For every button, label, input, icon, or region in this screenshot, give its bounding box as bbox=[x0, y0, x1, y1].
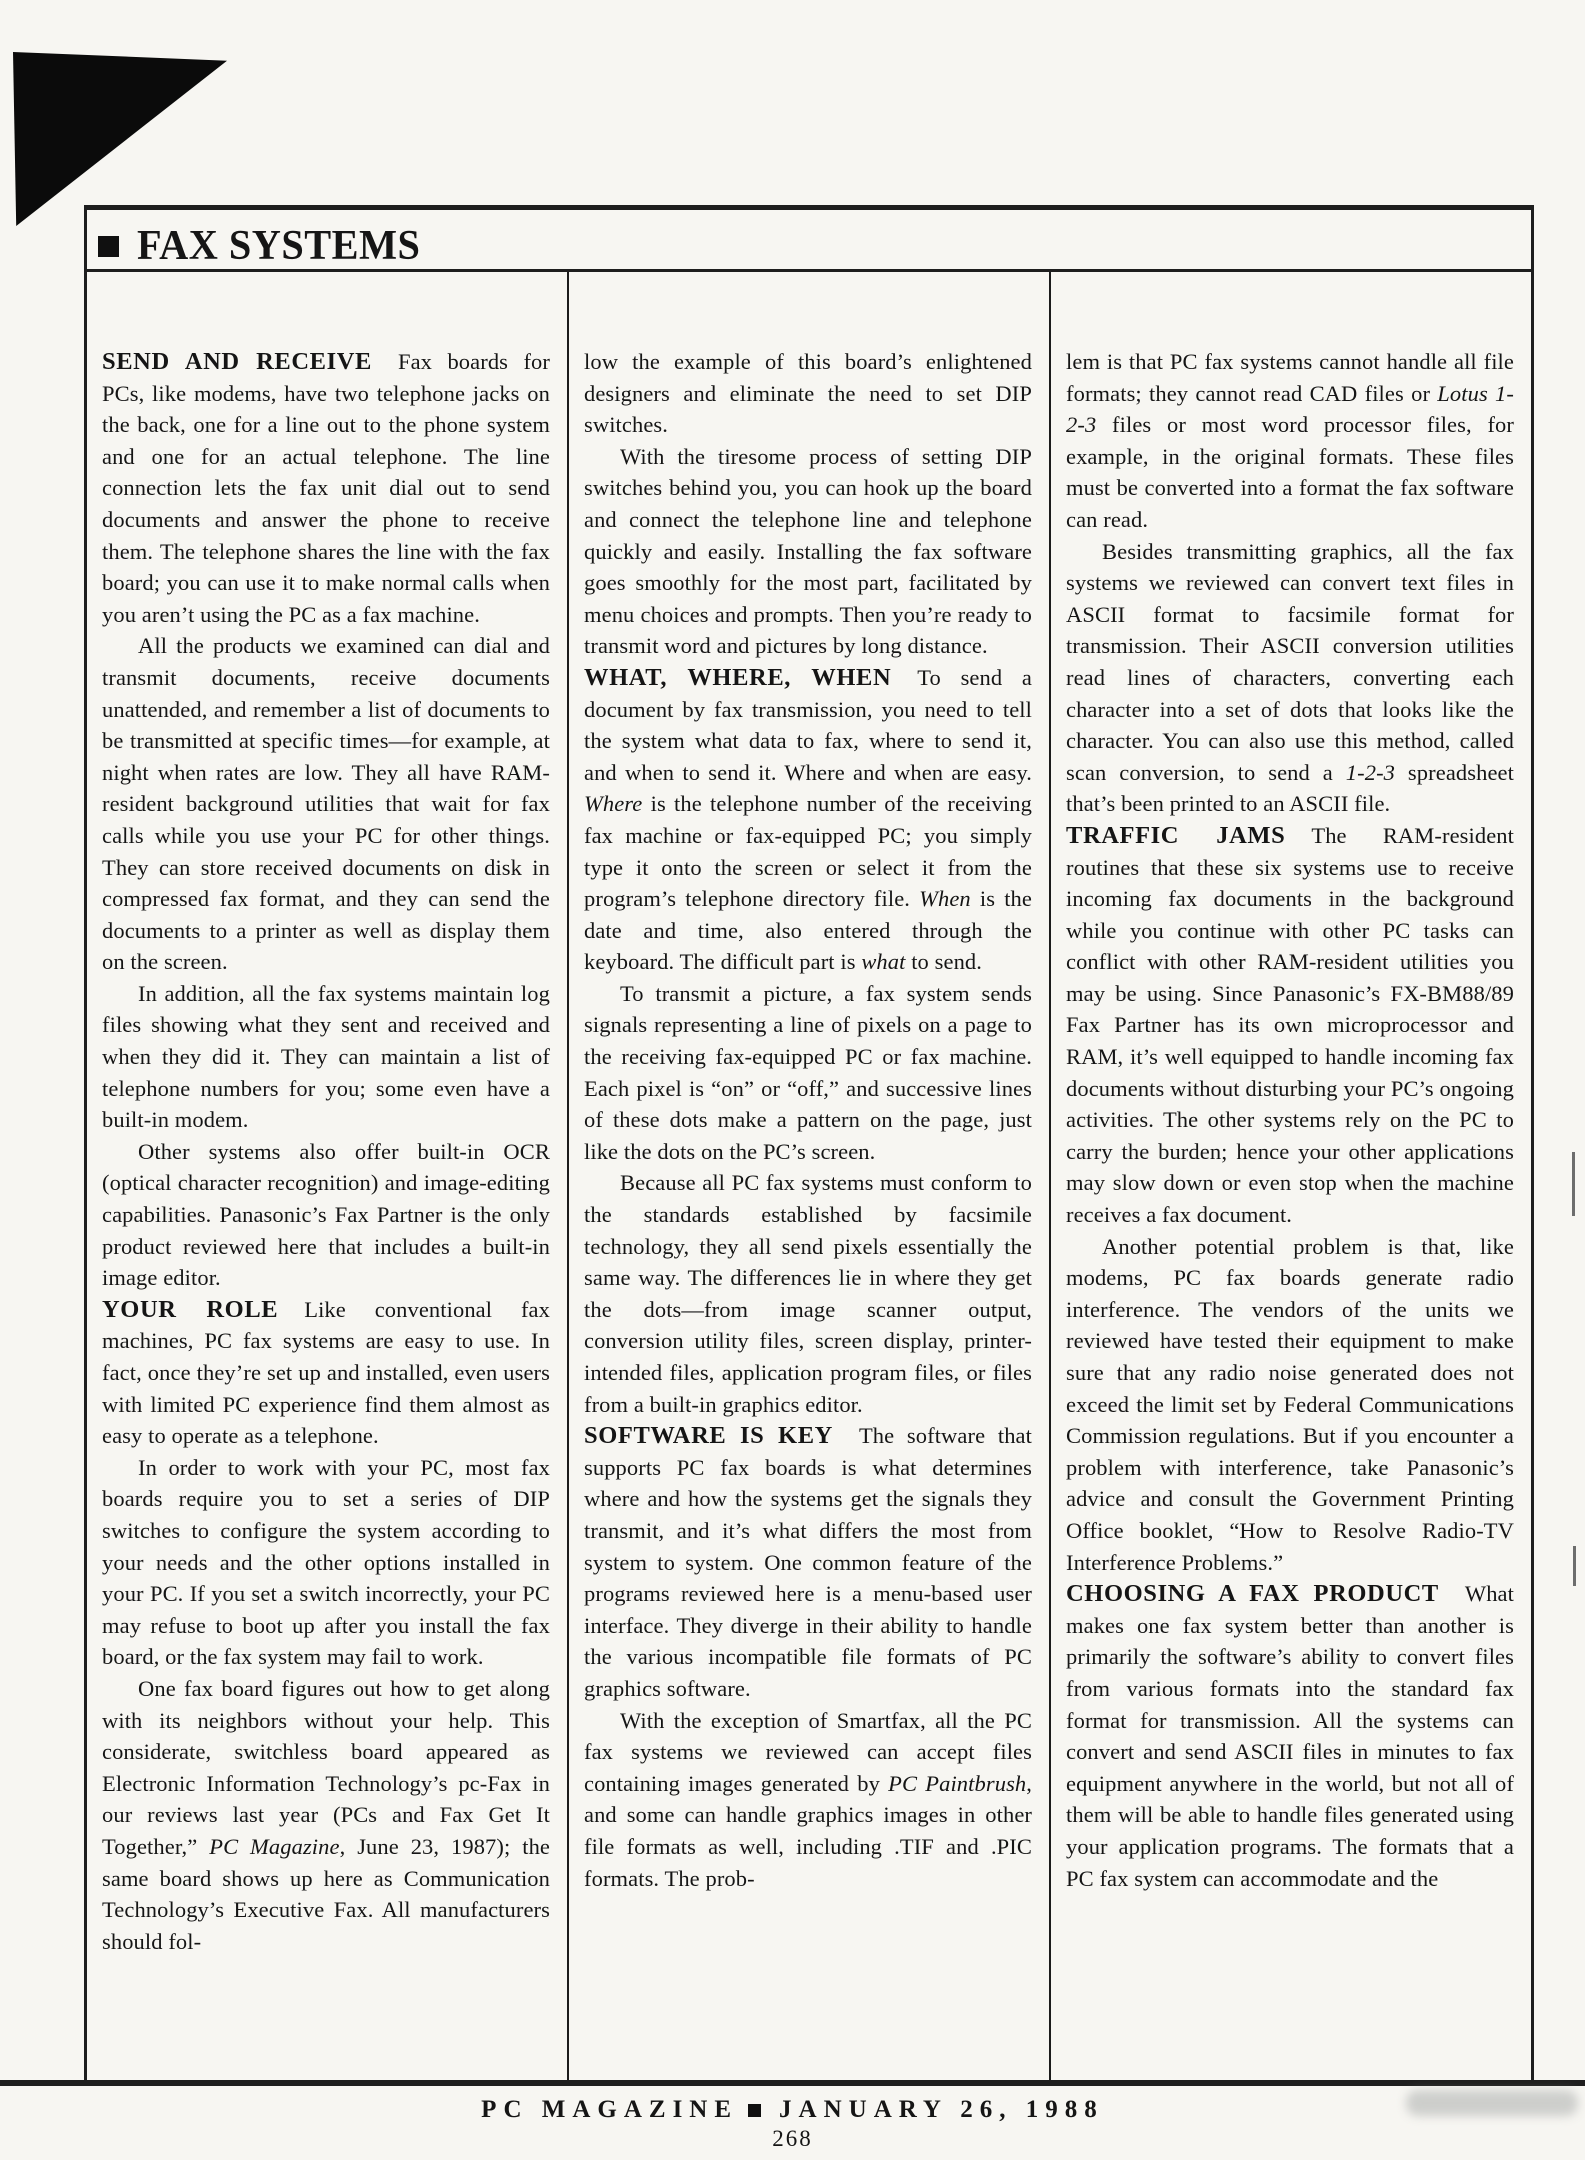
page-corner-triangle-icon bbox=[13, 52, 227, 226]
section-paragraph: SOFTWARE IS KEYThe software that support… bbox=[584, 1420, 1032, 1704]
paragraph-text: What makes one fax system better than an… bbox=[1066, 1581, 1514, 1890]
paragraph: In order to work with your PC, most fax … bbox=[102, 1452, 550, 1673]
section-paragraph: TRAFFIC JAMSThe RAM-resident routines th… bbox=[1066, 820, 1514, 1231]
section-heading: WHAT, WHERE, WHEN bbox=[584, 664, 917, 691]
paragraph: All the products we examined can dial an… bbox=[102, 630, 550, 978]
page-number: 268 bbox=[0, 2126, 1585, 2152]
article-column-1: SEND AND RECEIVEFax boards for PCs, like… bbox=[87, 272, 567, 2080]
footer-rule bbox=[0, 2080, 1585, 2086]
paragraph: One fax board figures out how to get alo… bbox=[102, 1673, 550, 1957]
article-column-3: lem is that PC fax systems cannot handle… bbox=[1051, 272, 1531, 2080]
section-heading: SOFTWARE IS KEY bbox=[584, 1422, 859, 1449]
paragraph-text: To send a document by fax transmission, … bbox=[584, 665, 1032, 974]
page-footer: PC MAGAZINEJANUARY 26, 1988 bbox=[0, 2096, 1585, 2124]
square-bullet-icon bbox=[98, 236, 119, 257]
paragraph: In addition, all the fax systems maintai… bbox=[102, 978, 550, 1136]
section-paragraph: CHOOSING A FAX PRODUCTWhat makes one fax… bbox=[1066, 1578, 1514, 1894]
scan-artifact bbox=[1573, 1546, 1576, 1586]
section-heading: CHOOSING A FAX PRODUCT bbox=[1066, 1580, 1465, 1607]
scan-artifact bbox=[1406, 2090, 1578, 2116]
paragraph: Another potential problem is that, like … bbox=[1066, 1231, 1514, 1579]
section-paragraph: WHAT, WHERE, WHENTo send a document by f… bbox=[584, 662, 1032, 978]
paragraph: To transmit a picture, a fax system send… bbox=[584, 978, 1032, 1168]
paragraph: lem is that PC fax systems cannot handle… bbox=[1066, 346, 1514, 536]
section-heading: SEND AND RECEIVE bbox=[102, 348, 398, 375]
scan-artifact bbox=[1572, 1152, 1575, 1216]
article-body: SEND AND RECEIVEFax boards for PCs, like… bbox=[87, 272, 1531, 2080]
section-paragraph: SEND AND RECEIVEFax boards for PCs, like… bbox=[102, 346, 550, 630]
page-right-border bbox=[1531, 205, 1534, 2082]
footer-date: JANUARY 26, 1988 bbox=[779, 2096, 1104, 2123]
paragraph: With the exception of Smartfax, all the … bbox=[584, 1705, 1032, 1895]
paragraph: Besides transmitting graphics, all the f… bbox=[1066, 536, 1514, 820]
footer-magazine-name: PC MAGAZINE bbox=[481, 2096, 738, 2123]
paragraph: low the example of this board’s enlighte… bbox=[584, 346, 1032, 441]
section-paragraph: YOUR ROLELike conventional fax machines,… bbox=[102, 1294, 550, 1452]
article-column-2: low the example of this board’s enlighte… bbox=[569, 272, 1049, 2080]
paragraph-text: The software that supports PC fax boards… bbox=[584, 1423, 1032, 1701]
paragraph: Because all PC fax systems must conform … bbox=[584, 1167, 1032, 1420]
paragraph: With the tiresome process of setting DIP… bbox=[584, 441, 1032, 662]
section-title: FAX SYSTEMS bbox=[137, 222, 420, 270]
footer-bullet-icon bbox=[748, 2104, 761, 2117]
paragraph: Other systems also offer built-in OCR (o… bbox=[102, 1136, 550, 1294]
magazine-page: FAX SYSTEMS SEND AND RECEIVEFax boards f… bbox=[0, 0, 1585, 2160]
paragraph-text: The RAM-resident routines that these six… bbox=[1066, 823, 1514, 1227]
section-header: FAX SYSTEMS bbox=[98, 224, 432, 268]
paragraph-text: Fax boards for PCs, like modems, have tw… bbox=[102, 349, 550, 627]
header-top-rule bbox=[84, 205, 1533, 210]
section-heading: YOUR ROLE bbox=[102, 1296, 304, 1323]
section-heading: TRAFFIC JAMS bbox=[1066, 822, 1311, 849]
